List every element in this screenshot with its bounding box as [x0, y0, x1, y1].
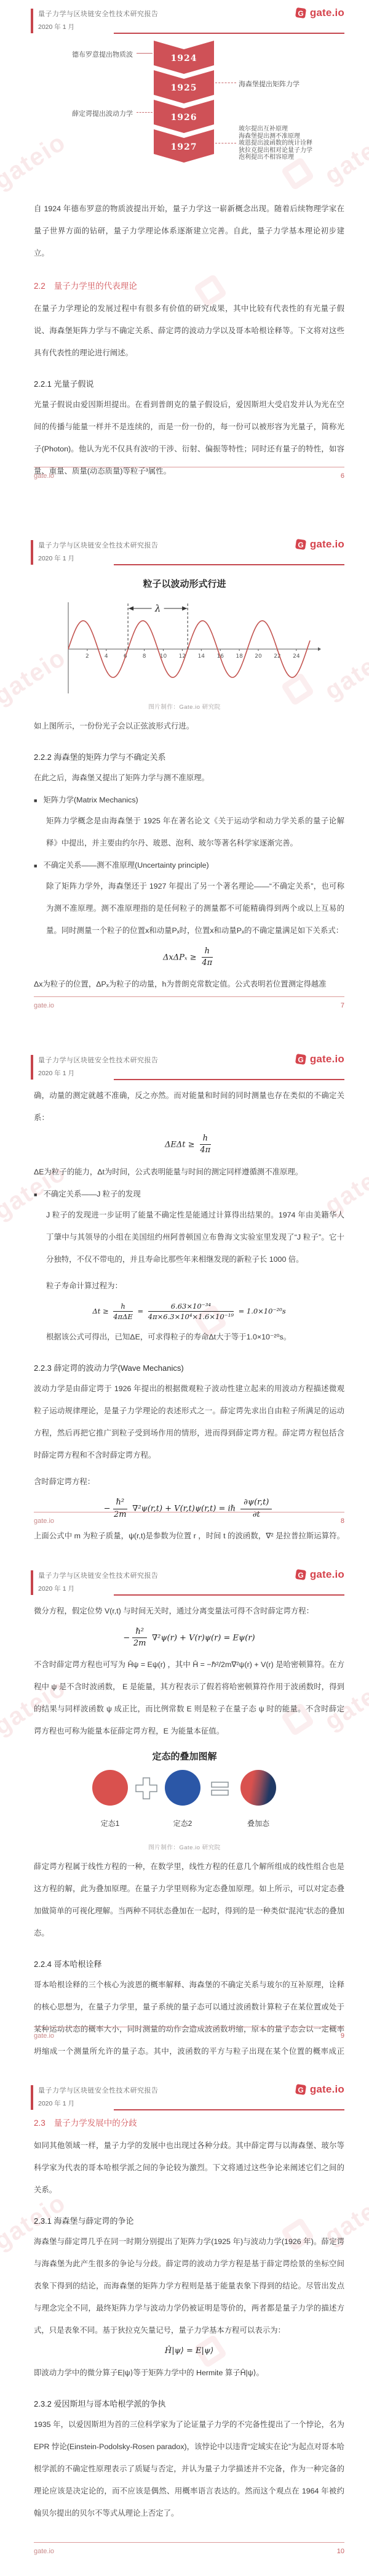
- timeline-chevron-1927: 1927: [154, 129, 214, 163]
- figure-superposition: 定态的叠加图解 定态1 定态2 叠加态 图片制作：Gate.io 研究院: [0, 1750, 369, 1851]
- header-accent-bar: [31, 540, 33, 565]
- gateio-logo: G gate.io: [294, 1052, 344, 1066]
- list-item: 矩阵力学(Matrix Mechanics): [34, 794, 344, 806]
- denominator: 4πΔE: [113, 1312, 133, 1321]
- numerator: h: [113, 1302, 133, 1312]
- state1-circle: [92, 1770, 128, 1806]
- gateio-logo-icon: G: [294, 1568, 307, 1581]
- state2-label: 定态2: [158, 1818, 207, 1828]
- denominator: 4π: [202, 958, 213, 968]
- svg-text:4: 4: [105, 653, 108, 660]
- gateio-logo-icon: G: [294, 1052, 307, 1066]
- header-accent-bar: [31, 1570, 33, 1595]
- timeline-label-line: 海森堡提出测不准原理: [239, 133, 312, 140]
- state1-label: 定态1: [85, 1818, 135, 1828]
- page-number: 7: [341, 1002, 344, 1009]
- timeline-year: 1927: [154, 142, 214, 152]
- paragraph: 不含时薛定谔方程也可写为 Ĥψ = Eψ(r) ，其中 Ĥ = −ℏ²/2m∇²…: [34, 1653, 344, 1742]
- fraction: 6.63×10⁻³⁴4π×6.3×10⁴×1.6×10⁻¹⁹: [148, 1302, 234, 1322]
- formula-lhs: Δt ≥: [92, 1307, 108, 1315]
- page-footer: gate.io 9: [34, 2027, 344, 2040]
- svg-text:G: G: [298, 2086, 303, 2094]
- paragraph: 如上图所示，一份份光子会以正弦波形式行进。: [34, 715, 344, 737]
- page-7: gateio gateio 量子力学与区块链安全性技术研究报告 2020 年 1…: [0, 515, 369, 1031]
- page-6: gateio gateio 量子力学与区块链安全性技术研究报告 2020 年 1…: [0, 0, 369, 515]
- page-header: 量子力学与区块链安全性技术研究报告 2020 年 1 月 G gate.io: [0, 0, 369, 38]
- list-item: 不确定关系——测不准原理(Uncertainty principle): [34, 859, 344, 871]
- page-footer: gate.io 6: [34, 467, 344, 480]
- section-heading-2-2: 2.2量子力学里的代表理论: [34, 279, 344, 291]
- paragraph: 波动力学是由薛定谔于 1926 年提出的根据微观粒子波动性建立起来的用波动方程描…: [34, 1378, 344, 1466]
- numerator: ∂ψ(r,t): [240, 1498, 272, 1509]
- svg-text:18: 18: [236, 653, 243, 660]
- formula-rhs: = 1.0×10⁻²⁰s: [239, 1307, 286, 1315]
- page-8: gateio gateio 量子力学与区块链安全性技术研究报告 2020 年 1…: [0, 1030, 369, 1546]
- list-item-label: 不确定关系——测不准原理(Uncertainty principle): [43, 859, 208, 870]
- timeline-label-line: 玻尔提出互补原理: [239, 126, 312, 133]
- formula-lhs: ΔEΔt ≥: [165, 1140, 195, 1149]
- paragraph: 在此之后，海森堡又提出了矩阵力学与测不准原理。: [34, 767, 344, 789]
- header-rule: [114, 564, 344, 565]
- gateio-logo-icon: G: [294, 2083, 307, 2096]
- paragraph: 即波动力学中的微分算子E|ψ⟩等于矩阵力学中的 Hermite 算子Ĥ|ψ⟩。: [34, 2362, 344, 2384]
- fraction: ℏ²2m: [132, 1627, 147, 1649]
- list-item: 不确定关系——J 粒子的发现: [34, 1188, 344, 1200]
- denominator: 2m: [132, 1638, 147, 1649]
- numerator: 6.63×10⁻³⁴: [148, 1302, 234, 1312]
- gateio-logo-text: gate.io: [310, 7, 344, 19]
- quantum-history-timeline: 1924 1925 1926 1927 德布罗意提出物质波 海森堡提出矩阵力学 …: [0, 41, 369, 193]
- svg-text:G: G: [298, 9, 303, 18]
- formula-position-momentum: ΔxΔPₓ ≥ h4π: [34, 947, 344, 969]
- section-number: 2.3: [34, 2118, 46, 2128]
- svg-text:2: 2: [85, 653, 89, 660]
- report-title: 量子力学与区块链安全性技术研究报告: [38, 1055, 159, 1065]
- paragraph: J 粒子的发现进一步证明了能量不确定性是能通过计算得出结果的。1974 年由美籍…: [46, 1204, 344, 1270]
- paragraph: 薛定谔方程属于线性方程的一种，在数学里，线性方程的任意几个解所组成的线性组合也是…: [34, 1855, 344, 1944]
- page-footer: gate.io 10: [34, 2542, 344, 2555]
- paragraph: 自 1924 年德布罗意的物质波提出开始，量子力学这一崭新概念出现。随着后续物理…: [34, 198, 344, 264]
- timeline-label-line: 玻恩提出波函数的统计诠释: [239, 140, 312, 147]
- bullet-square-icon: [34, 860, 37, 871]
- timeline-chevron-1926: 1926: [154, 100, 214, 133]
- report-title: 量子力学与区块链安全性技术研究报告: [38, 9, 159, 18]
- formula-dirac-notation: Ĥ|ψ⟩ = E|ψ⟩: [34, 2346, 344, 2356]
- equals-icon: [211, 1782, 229, 1796]
- paragraph: 含时薛定谔方程：: [34, 1471, 344, 1493]
- footer-brand: gate.io: [34, 472, 54, 480]
- header-rule: [114, 33, 344, 34]
- paragraph: 上面公式中 m 为粒子质量，ψ(r,t)是参数为位置 r ，时间 t 的波函数，…: [34, 1525, 344, 1546]
- page-9: gateio gateio 量子力学与区块链安全性技术研究报告 2020 年 1…: [0, 1546, 369, 2061]
- timeline-label-1927: 玻尔提出互补原理 海森堡提出测不准原理 玻恩提出波函数的统计诠释 狄拉克提出相对…: [239, 126, 312, 161]
- superposed-state-circle: [240, 1770, 276, 1806]
- timeline-label-line: 狄拉克提出相对论量子力学: [239, 147, 312, 155]
- page-header: 量子力学与区块链安全性技术研究报告 2020 年 1 月 G gate.io: [0, 1562, 369, 1600]
- gateio-logo: G gate.io: [294, 538, 344, 551]
- timeline-leader-line: [137, 112, 153, 113]
- page-number: 9: [341, 2032, 344, 2040]
- subsection-heading-2-2-2: 2.2.2 海森堡的矩阵力学与不确定关系: [34, 751, 344, 762]
- footer-brand: gate.io: [34, 1002, 54, 1009]
- svg-text:20: 20: [255, 653, 262, 660]
- bullet-square-icon: [34, 794, 37, 806]
- bullet-square-icon: [34, 1189, 37, 1200]
- svg-text:24: 24: [293, 653, 300, 660]
- page-10: gateio gateio 量子力学与区块链安全性技术研究报告 2020 年 1…: [0, 2061, 369, 2576]
- page-header: 量子力学与区块链安全性技术研究报告 2020 年 1 月 G gate.io: [0, 1046, 369, 1084]
- superposed-state-label: 叠加态: [234, 1818, 283, 1828]
- timeline-leader-line: [137, 53, 153, 54]
- footer-brand: gate.io: [34, 2548, 54, 2555]
- paragraph: ΔE为粒子的能力，Δt为时间，公式表明能量与时间的测定同样遵循测不准原理。: [34, 1161, 344, 1183]
- numerator: ℏ²: [113, 1498, 128, 1509]
- page-number: 8: [341, 1517, 344, 1525]
- timeline-year: 1924: [154, 54, 214, 63]
- report-document: gateio gateio 量子力学与区块链安全性技术研究报告 2020 年 1…: [0, 0, 369, 2576]
- header-rule: [114, 1594, 344, 1596]
- minus-sign: −: [123, 1633, 130, 1642]
- gateio-logo-icon: G: [294, 6, 307, 20]
- denominator: 4π: [200, 1145, 211, 1155]
- formula-lhs: ΔxΔPₓ ≥: [163, 953, 197, 962]
- paragraph: 除了矩阵力学外，海森堡还于 1927 年提出了另一个著名理论——“不确定关系”，…: [46, 875, 344, 942]
- paragraph: 哥本哈根诠释的三个核心为波恩的概率解释、海森堡的不确定关系与玻尔的互补原理，诠释…: [34, 1974, 344, 2061]
- figure-particle-wave: 粒子以波动形式行进 24681012141618202224λ 图片制作：Gat…: [0, 577, 369, 711]
- svg-text:G: G: [298, 541, 303, 549]
- list-item-label: 矩阵力学(Matrix Mechanics): [43, 794, 138, 805]
- report-date: 2020 年 1 月: [38, 1584, 74, 1593]
- denominator: 4π×6.3×10⁴×1.6×10⁻¹⁹: [148, 1312, 234, 1321]
- footer-brand: gate.io: [34, 2032, 54, 2040]
- footer-rule: [34, 2542, 344, 2543]
- timeline-year: 1925: [154, 83, 214, 93]
- numerator: ℏ²: [132, 1627, 147, 1638]
- section-number: 2.2: [34, 281, 46, 291]
- numerator: h: [202, 947, 213, 958]
- timeline-label-1924: 德布罗意提出物质波: [0, 49, 133, 59]
- header-rule: [114, 1079, 344, 1080]
- formula-body: Ĥ|ψ⟩ = E|ψ⟩: [165, 2346, 213, 2356]
- gateio-logo-text: gate.io: [310, 1569, 344, 1581]
- timeline-label-line: 泡利提出不相容原理: [239, 154, 312, 161]
- report-title: 量子力学与区块链安全性技术研究报告: [38, 540, 159, 550]
- gateio-logo-text: gate.io: [310, 538, 344, 551]
- formula-time-independent-schrodinger: −ℏ²2m ∇²ψ(r) + V(r)ψ(r) = Eψ(r): [34, 1627, 344, 1649]
- gateio-logo: G gate.io: [294, 6, 344, 20]
- plus-icon: [135, 1777, 157, 1799]
- report-date: 2020 年 1 月: [38, 22, 74, 31]
- sine-wave-chart: 24681012141618202224λ: [58, 592, 323, 696]
- section-heading-2-3: 2.3量子力学发展中的分歧: [34, 2116, 344, 2128]
- section-title: 量子力学发展中的分歧: [54, 2118, 137, 2128]
- section-title: 量子力学里的代表理论: [54, 281, 137, 291]
- fraction: h4πΔE: [113, 1302, 133, 1322]
- paragraph: 海森堡与薛定谔几乎在同一时期分别提出了矩阵力学(1925 年)与波动力学(192…: [34, 2231, 344, 2341]
- page-footer: gate.io 8: [34, 1512, 344, 1525]
- svg-text:8: 8: [143, 653, 146, 660]
- superposition-diagram: 定态1 定态2 叠加态: [0, 1767, 369, 1836]
- timeline-leader-line: [215, 83, 236, 83]
- svg-text:G: G: [298, 1056, 303, 1064]
- figure-title: 粒子以波动形式行进: [0, 577, 369, 590]
- equals-sign: =: [137, 1307, 143, 1315]
- paragraph: 确，动量的测定就越不准确，反之亦然。而对能量和时间的同时测量也存在类似的不确定关…: [34, 1084, 344, 1129]
- report-date: 2020 年 1 月: [38, 1068, 74, 1078]
- report-title: 量子力学与区块链安全性技术研究报告: [38, 1570, 159, 1580]
- header-accent-bar: [31, 1055, 33, 1080]
- paragraph: Δx为粒子的位置，ΔPₓ为粒子的动量，h为普朗克常数定值。公式表明若位置测定得越…: [34, 973, 344, 995]
- paragraph: 如同其他领域一样，量子力学的发展中也出现过各种分歧。其中薛定谔与以海森堡、玻尔等…: [34, 2134, 344, 2201]
- page-number: 6: [341, 472, 344, 480]
- report-title: 量子力学与区块链安全性技术研究报告: [38, 2085, 159, 2095]
- footer-rule: [34, 467, 344, 467]
- subsection-heading-2-2-4: 2.2.4 哥本哈根诠释: [34, 1958, 344, 1969]
- svg-text:λ: λ: [154, 603, 161, 614]
- header-rule: [114, 2109, 344, 2110]
- report-date: 2020 年 1 月: [38, 554, 74, 563]
- paragraph: 1935 年，以爱因斯坦为首的三位科学家为了论证量子力学的不完备性提出了一个悖论…: [34, 2413, 344, 2524]
- footer-rule: [34, 1512, 344, 1512]
- page-header: 量子力学与区块链安全性技术研究报告 2020 年 1 月 G gate.io: [0, 531, 369, 570]
- paragraph: 在量子力学理论的发展过程中有很多有价值的研究成果，其中比较有代表性的有光量子假说…: [34, 297, 344, 364]
- timeline-leader-line: [215, 143, 236, 143]
- timeline-chevron-1925: 1925: [154, 70, 214, 103]
- formula-energy-time: ΔEΔt ≥ h4π: [34, 1134, 344, 1156]
- fraction: h4π: [202, 947, 213, 969]
- gateio-logo-text: gate.io: [310, 1053, 344, 1065]
- header-accent-bar: [31, 9, 33, 33]
- formula-j-particle-lifetime: Δt ≥ h4πΔE = 6.63×10⁻³⁴4π×6.3×10⁴×1.6×10…: [34, 1302, 344, 1322]
- subsection-heading-2-3-1: 2.3.1 海森堡与薛定谔的争论: [34, 2215, 344, 2226]
- footer-brand: gate.io: [34, 1517, 54, 1525]
- subsection-heading-2-3-2: 2.3.2 爱因斯坦与哥本哈根学派的争执: [34, 2397, 344, 2409]
- footer-rule: [34, 996, 344, 997]
- subsection-heading-2-2-3: 2.2.3 薛定谔的波动力学(Wave Mechanics): [34, 1362, 344, 1373]
- fraction: h4π: [200, 1134, 211, 1156]
- subsection-heading-2-2-1: 2.2.1 光量子假说: [34, 378, 344, 389]
- page-header: 量子力学与区块链安全性技术研究报告 2020 年 1 月 G gate.io: [0, 2077, 369, 2115]
- figure-caption: 图片制作：Gate.io 研究院: [0, 702, 369, 711]
- list-item-label: 不确定关系——J 粒子的发现: [43, 1188, 140, 1199]
- figure-caption: 图片制作：Gate.io 研究院: [0, 1843, 369, 1851]
- header-accent-bar: [31, 2085, 33, 2110]
- paragraph: 微分方程，假定位势 V(r,t) 与时间无关时，通过分离变量法可得不含时薛定谔方…: [34, 1600, 344, 1622]
- state2-circle: [165, 1770, 200, 1806]
- gateio-logo-text: gate.io: [310, 2083, 344, 2096]
- numerator: h: [200, 1134, 211, 1145]
- figure-title: 定态的叠加图解: [0, 1750, 369, 1762]
- formula-body: ∇²ψ(r) + V(r)ψ(r) = Eψ(r): [152, 1633, 255, 1642]
- paragraph: 粒子寿命计算过程为：: [46, 1275, 344, 1297]
- gateio-logo: G gate.io: [294, 1568, 344, 1581]
- gateio-logo: G gate.io: [294, 2083, 344, 2096]
- timeline-chevron-1924: 1924: [154, 41, 214, 74]
- timeline-label-1926: 薛定谔提出波动力学: [0, 108, 133, 118]
- paragraph: 矩阵力学概念是由海森堡于 1925 年在著名论文《关于运动学和动力学关系的量子论…: [46, 810, 344, 854]
- paragraph: 根据该公式可得出，已知ΔE，可求得粒子的寿命Δt大于等于1.0×10⁻²⁰s。: [46, 1326, 344, 1348]
- page-footer: gate.io 7: [34, 996, 344, 1009]
- page-number: 10: [337, 2548, 344, 2555]
- timeline-label-1925: 海森堡提出矩阵力学: [239, 79, 300, 89]
- report-date: 2020 年 1 月: [38, 2099, 74, 2108]
- timeline-year: 1926: [154, 113, 214, 123]
- gateio-logo-icon: G: [294, 538, 307, 551]
- svg-text:14: 14: [198, 653, 205, 660]
- svg-text:G: G: [298, 1571, 303, 1580]
- footer-rule: [34, 2027, 344, 2027]
